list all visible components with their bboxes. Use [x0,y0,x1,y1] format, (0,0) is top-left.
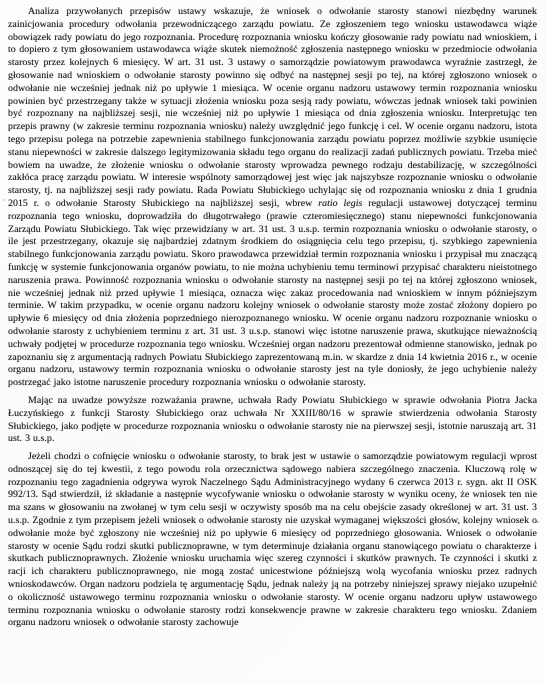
scan-speckle [3,199,5,201]
paragraph-withdrawal-of-motion: Jeżeli chodzi o cofnięcie wniosku o odwo… [8,451,537,630]
paragraph-legal-analysis: Analiza przywołanych przepisów ustawy ws… [8,6,537,390]
paragraph-conclusion-resolutions: Mając na uwadze powyższe rozważania praw… [8,395,537,446]
paragraph-text: regulacji ustawowej dotyczącej terminu r… [8,198,537,388]
paragraph-text: Analiza przywołanych przepisów ustawy ws… [8,6,537,209]
paragraph-text: Mając na uwadze powyższe rozważania praw… [8,395,537,444]
latin-phrase-italic: ratio legis [318,198,362,209]
scanned-document-page: Analiza przywołanych przepisów ustawy ws… [0,0,546,684]
paragraph-text: Jeżeli chodzi o cofnięcie wniosku o odwo… [8,451,537,628]
